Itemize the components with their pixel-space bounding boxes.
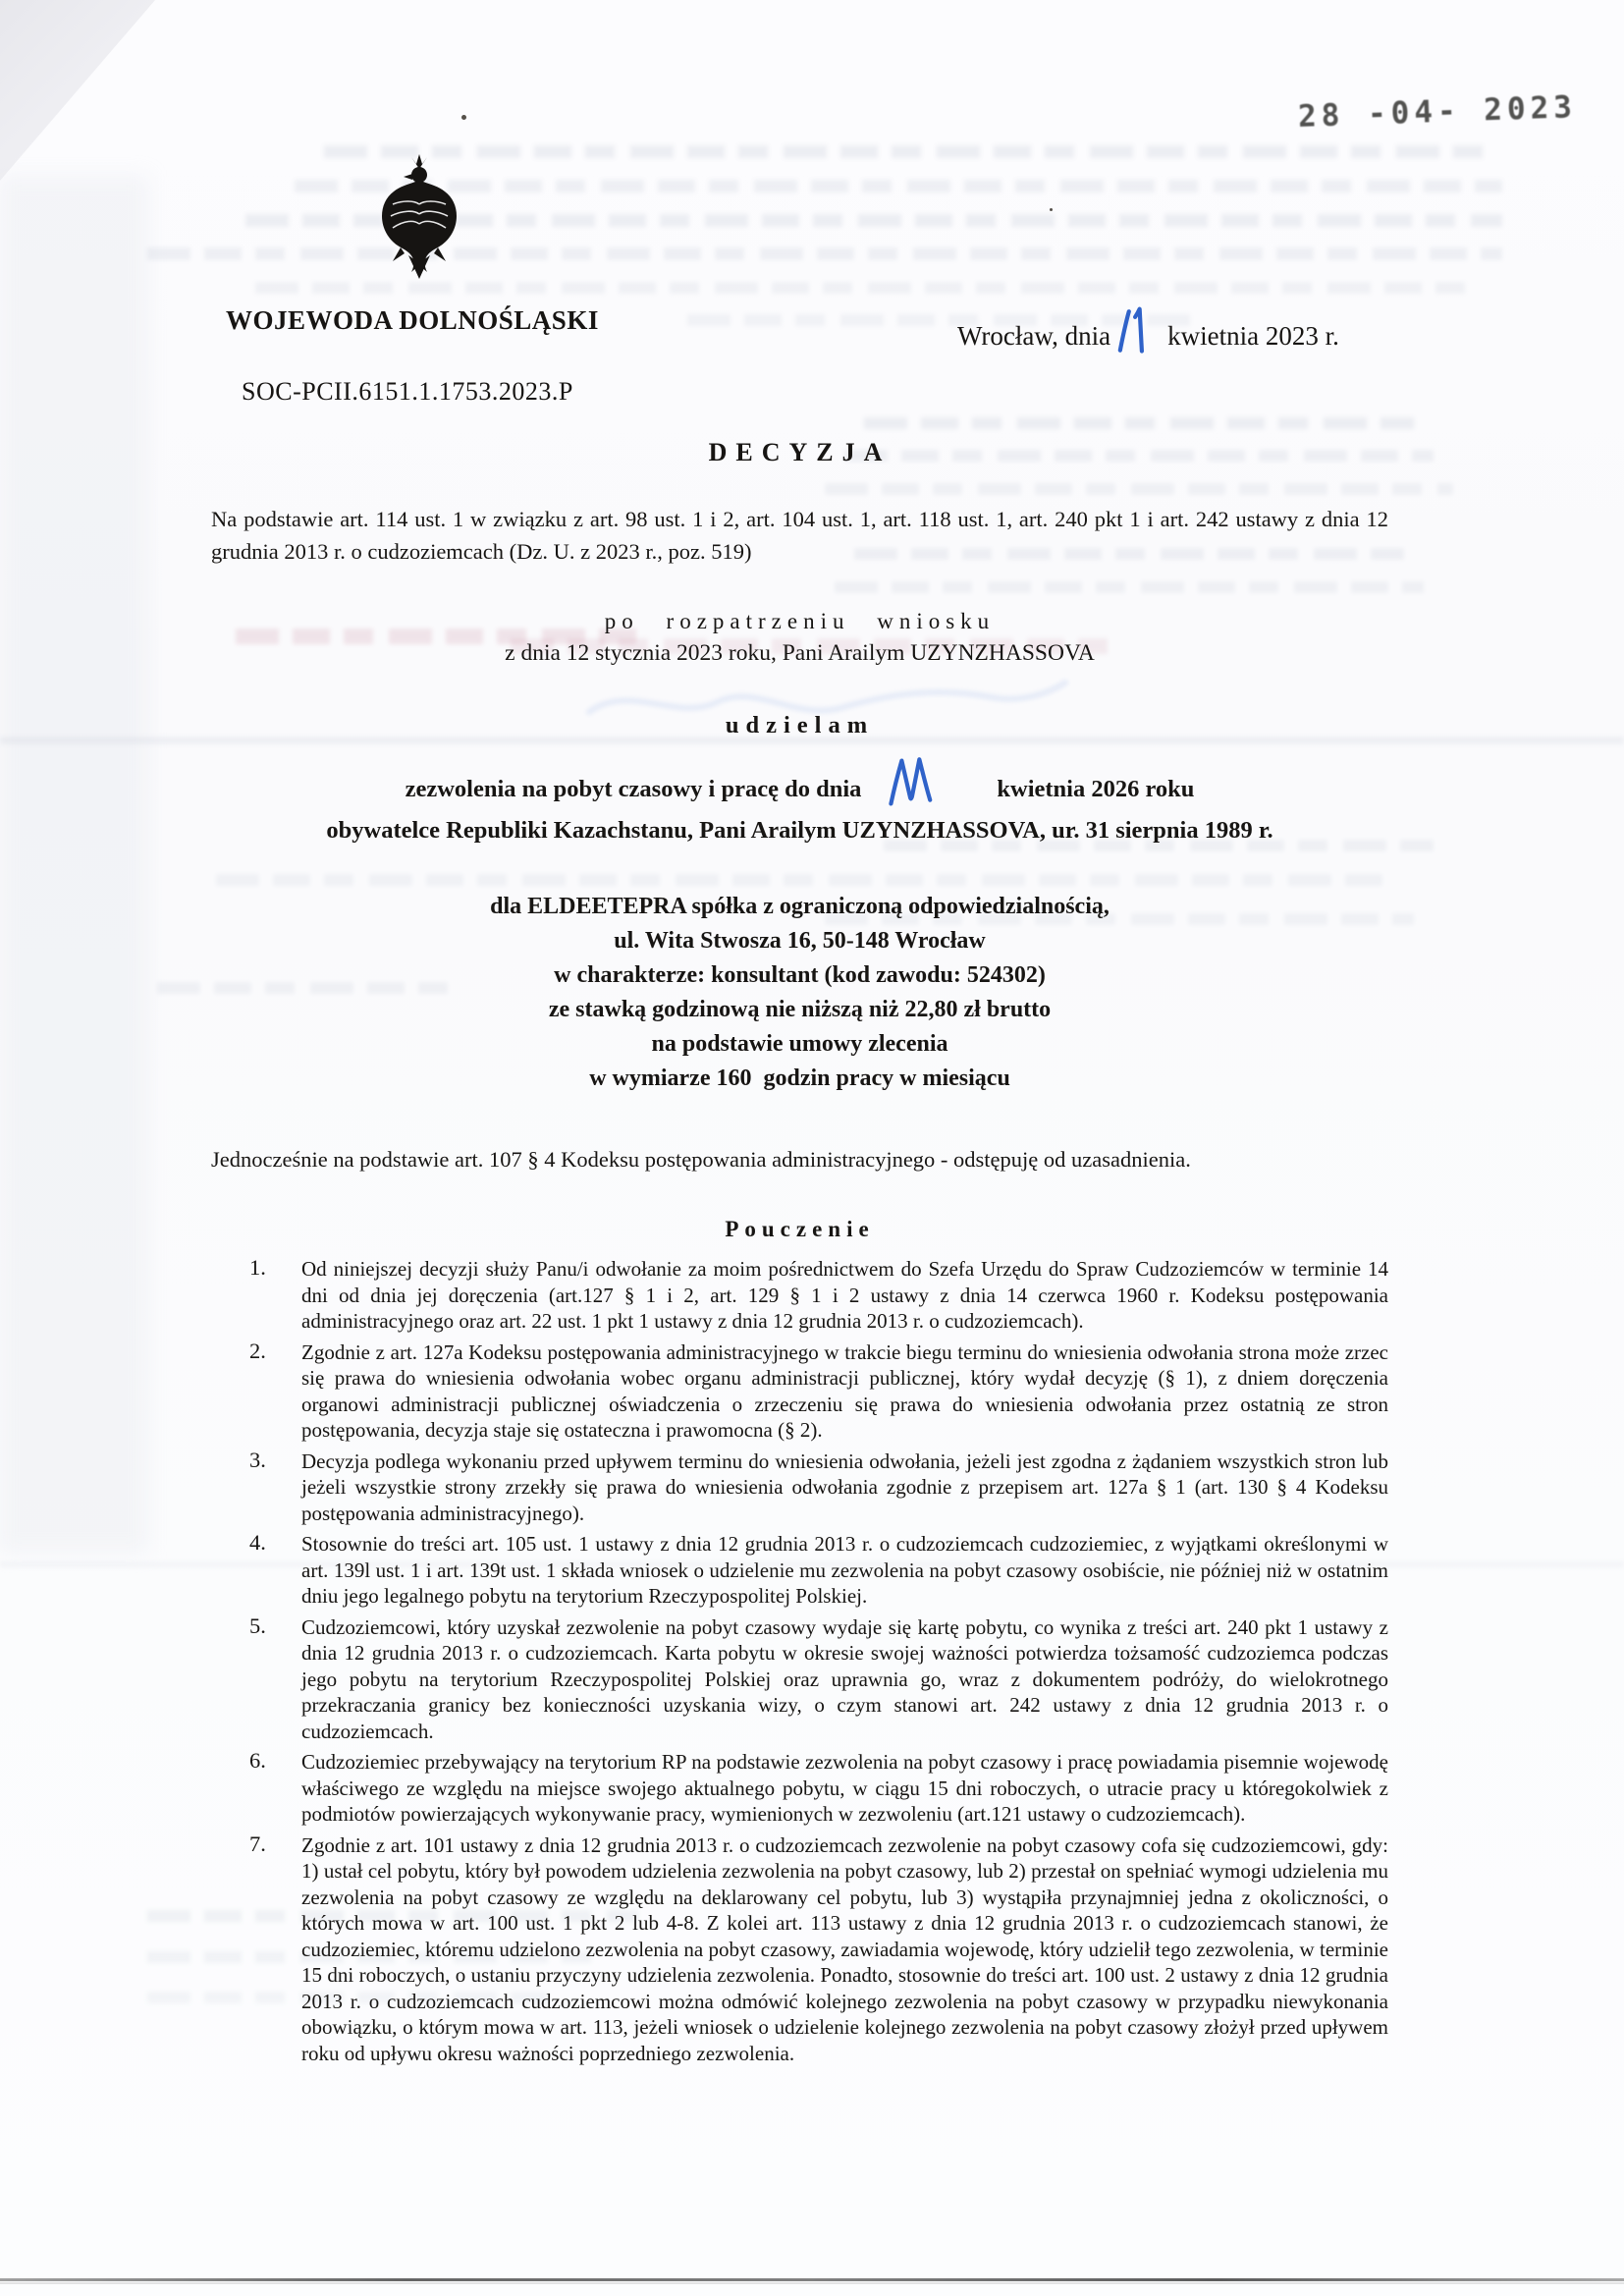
issuing-authority: WOJEWODA DOLNOŚLĄSKI — [226, 305, 599, 336]
handwritten-day-ink — [1111, 304, 1156, 364]
instruction-item: Zgodnie z art. 127a Kodeksu postępowania… — [211, 1339, 1388, 1444]
ink-speck — [1050, 208, 1053, 211]
page-fold-corner — [0, 0, 155, 181]
instruction-item: Zgodnie z art. 101 ustawy z dnia 12 grud… — [211, 1832, 1388, 2067]
scan-edge-line — [0, 2282, 1624, 2284]
ink-speck — [461, 115, 466, 120]
bleed-through-artifact — [324, 145, 1483, 158]
place-date-suffix: kwietnia 2023 r. — [1167, 321, 1339, 351]
bleed-through-artifact — [864, 417, 1414, 429]
instruction-item: Cudzoziemiec przebywający na terytorium … — [211, 1749, 1388, 1828]
instruction-item: Cudzoziemcowi, który uzyskał zezwolenie … — [211, 1614, 1388, 1745]
scanned-decision-page: { "stamp": { "date": "28 -04- 2023" }, "… — [0, 0, 1624, 2296]
grant-line-beneficiary: obywatelce Republiki Kazachstanu, Pani A… — [211, 817, 1388, 845]
handwritten-day-ink — [883, 751, 938, 814]
grant-text-before: zezwolenia na pobyt czasowy i pracę do d… — [406, 776, 862, 802]
employer-line: w wymiarze 160 godzin pracy w miesiącu — [211, 1062, 1388, 1096]
application-details: z dnia 12 stycznia 2023 roku, Pani Arail… — [211, 640, 1388, 667]
instruction-item: Decyzja podlega wykonaniu przed upływem … — [211, 1449, 1388, 1527]
bleed-through-artifact — [255, 282, 1473, 294]
employer-line: ul. Wita Stwosza 16, 50-148 Wrocław — [211, 924, 1388, 958]
instruction-item: Od niniejszej decyzji służy Panu/i odwoł… — [211, 1256, 1388, 1335]
document-title: DECYZJA — [211, 438, 1388, 467]
legal-basis-paragraph: Na podstawie art. 114 ust. 1 w związku z… — [211, 503, 1388, 568]
case-number: SOC-PCII.6151.1.1753.2023.P — [242, 377, 573, 407]
paper-shading — [0, 177, 147, 1552]
grant-text-after: kwietnia 2026 roku — [997, 776, 1194, 802]
document-body: DECYZJA Na podstawie art. 114 ust. 1 w z… — [211, 438, 1388, 2071]
employer-block: dla ELDEETEPRA spółka z ograniczoną odpo… — [211, 890, 1388, 1096]
place-and-date: Wrocław, dniakwietnia 2023 r. — [957, 305, 1339, 363]
instruction-list: Od niniejszej decyzji służy Panu/i odwoł… — [211, 1256, 1388, 2066]
polish-eagle-emblem — [379, 153, 460, 283]
scan-edge-line — [0, 2278, 1624, 2281]
justification-waiver: Jednocześnie na podstawie art. 107 § 4 K… — [211, 1143, 1388, 1175]
instruction-heading: Pouczenie — [211, 1217, 1388, 1242]
grant-heading: udzielam — [211, 712, 1388, 739]
employer-line: w charakterze: konsultant (kod zawodu: 5… — [211, 958, 1388, 993]
employer-line: ze stawką godzinową nie niższą niż 22,80… — [211, 993, 1388, 1027]
bleed-through-artifact — [147, 247, 1502, 260]
consideration-heading: po rozpatrzeniu wniosku — [211, 609, 1388, 634]
employer-line: na podstawie umowy zlecenia — [211, 1027, 1388, 1062]
instruction-item: Stosownie do treści art. 105 ust. 1 usta… — [211, 1531, 1388, 1610]
bleed-through-artifact — [295, 180, 1502, 192]
received-date-stamp: 28 -04- 2023 — [1297, 89, 1577, 135]
grant-line-permit: zezwolenia na pobyt czasowy i pracę do d… — [211, 753, 1388, 813]
employer-line: dla ELDEETEPRA spółka z ograniczoną odpo… — [211, 890, 1388, 924]
place-date-prefix: Wrocław, dnia — [957, 321, 1110, 351]
